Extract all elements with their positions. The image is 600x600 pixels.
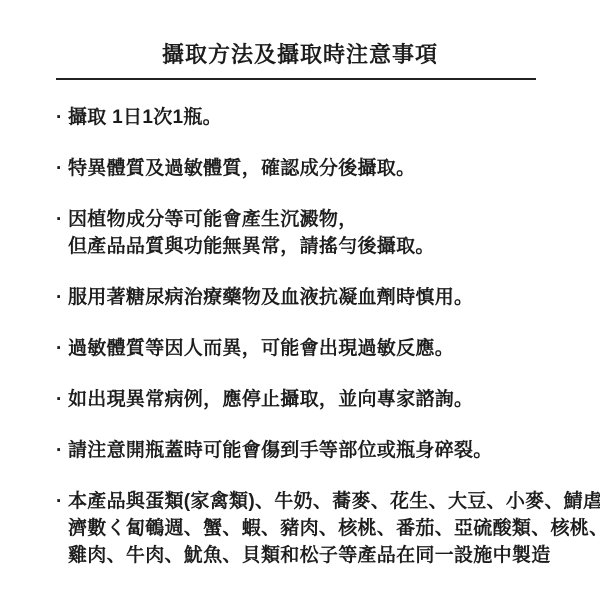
list-item-text: 本產品與蛋類(家禽類)、牛奶、蕎麥、花生、大豆、小麥、鯖虐 濟數く匐鵪週、蟹、蝦… [68,488,600,569]
list-item-text: 特異體質及過敏體質，確認成分後攝取。 [68,155,415,182]
list-item: · 服用著糖尿病治療藥物及血液抗凝血劑時慎用。 [56,284,590,311]
list-item: · 攝取 1日1次1瓶。 [56,104,590,131]
list-item: · 本產品與蛋類(家禽類)、牛奶、蕎麥、花生、大豆、小麥、鯖虐 濟數く匐鵪週、蟹… [56,488,590,569]
list-item-text: 過敏體質等因人而異，可能會出現過敏反應。 [68,335,454,362]
title-divider [56,78,536,80]
bullet-dot: · [56,206,68,233]
bullet-dot: · [56,386,68,413]
list-item-text: 服用著糖尿病治療藥物及血液抗凝血劑時慎用。 [68,284,473,311]
list-item: · 特異體質及過敏體質，確認成分後攝取。 [56,155,590,182]
list-item: · 因植物成分等可能會產生沉澱物， 但產品品質與功能無異常，請搖勻後攝取。 [56,206,590,260]
list-item-text: 攝取 1日1次1瓶。 [68,104,222,131]
bullet-dot: · [56,335,68,362]
list-item: · 請注意開瓶蓋時可能會傷到手等部位或瓶身碎裂。 [56,437,590,464]
list-item-text: 如出現異常病例，應停止攝取，並向專家諮詢。 [68,386,473,413]
bullet-dot: · [56,488,68,515]
bullet-dot: · [56,437,68,464]
bullet-dot: · [56,155,68,182]
list-item-text: 請注意開瓶蓋時可能會傷到手等部位或瓶身碎裂。 [68,437,493,464]
list-item-text: 因植物成分等可能會產生沉澱物， 但產品品質與功能無異常，請搖勻後攝取。 [68,206,435,260]
list-item: · 如出現異常病例，應停止攝取，並向專家諮詢。 [56,386,590,413]
page-title: 攝取方法及攝取時注意事項 [0,38,600,69]
document-page: 攝取方法及攝取時注意事項 · 攝取 1日1次1瓶。 · 特異體質及過敏體質，確認… [0,0,600,600]
bullet-dot: · [56,104,68,131]
list-item: · 過敏體質等因人而異，可能會出現過敏反應。 [56,335,590,362]
bullet-dot: · [56,284,68,311]
notice-list: · 攝取 1日1次1瓶。 · 特異體質及過敏體質，確認成分後攝取。 · 因植物成… [56,104,590,593]
